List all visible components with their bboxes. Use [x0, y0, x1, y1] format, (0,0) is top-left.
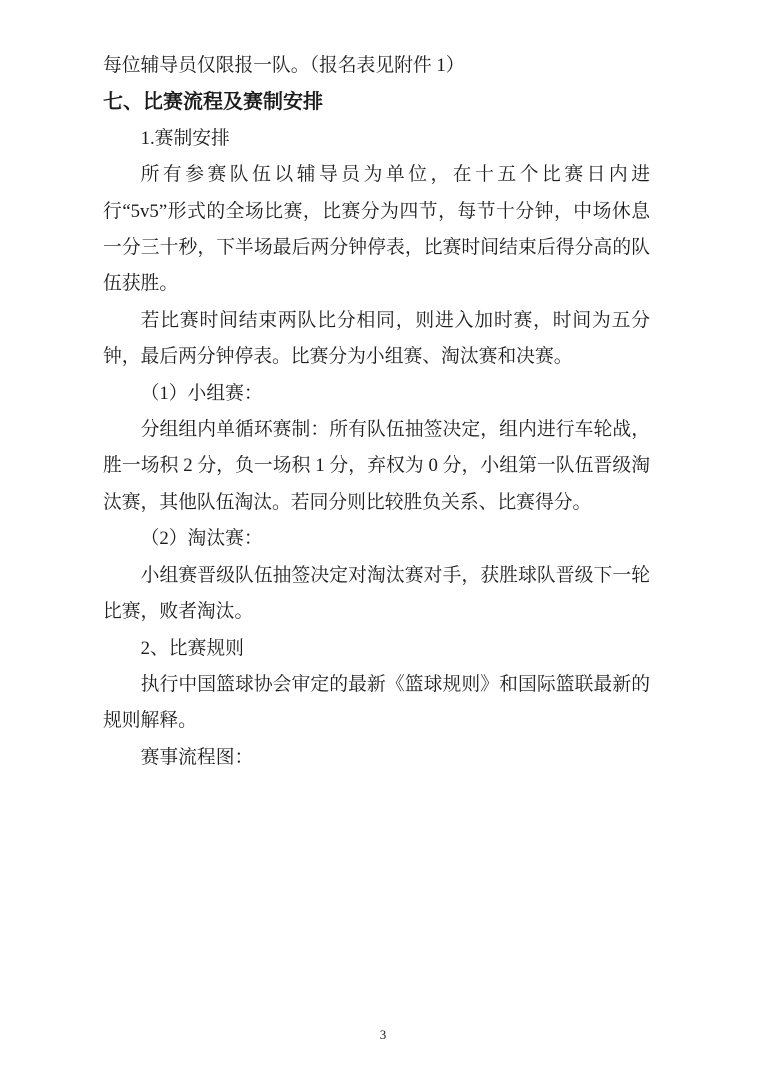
- paragraph: 每位辅导员仅限报一队。（报名表见附件 1）: [103, 48, 650, 84]
- paragraph: 执行中国篮球协会审定的最新《篮球规则》和国际篮联最新的规则解释。: [103, 667, 650, 740]
- paragraph: 2、比赛规则: [103, 631, 650, 667]
- document-page: 每位辅导员仅限报一队。（报名表见附件 1）七、比赛流程及赛制安排1.赛制安排所有…: [0, 0, 766, 1068]
- page-number: 3: [0, 1026, 766, 1044]
- paragraph: 分组组内单循环赛制：所有队伍抽签决定，组内进行车轮战，胜一场积 2 分，负一场积…: [103, 412, 650, 521]
- paragraph: 小组赛晋级队伍抽签决定对淘汰赛对手，获胜球队晋级下一轮比赛，败者淘汰。: [103, 558, 650, 631]
- paragraph: 赛事流程图：: [103, 740, 650, 776]
- paragraph: 所有参赛队伍以辅导员为单位，在十五个比赛日内进行“5v5”形式的全场比赛，比赛分…: [103, 157, 650, 303]
- paragraph: （2）淘汰赛：: [103, 521, 650, 557]
- paragraph: （1）小组赛：: [103, 376, 650, 412]
- document-content: 每位辅导员仅限报一队。（报名表见附件 1）七、比赛流程及赛制安排1.赛制安排所有…: [103, 48, 650, 776]
- paragraph: 1.赛制安排: [103, 121, 650, 157]
- paragraph: 若比赛时间结束两队比分相同，则进入加时赛，时间为五分钟，最后两分钟停表。比赛分为…: [103, 303, 650, 376]
- section-heading: 七、比赛流程及赛制安排: [103, 84, 650, 120]
